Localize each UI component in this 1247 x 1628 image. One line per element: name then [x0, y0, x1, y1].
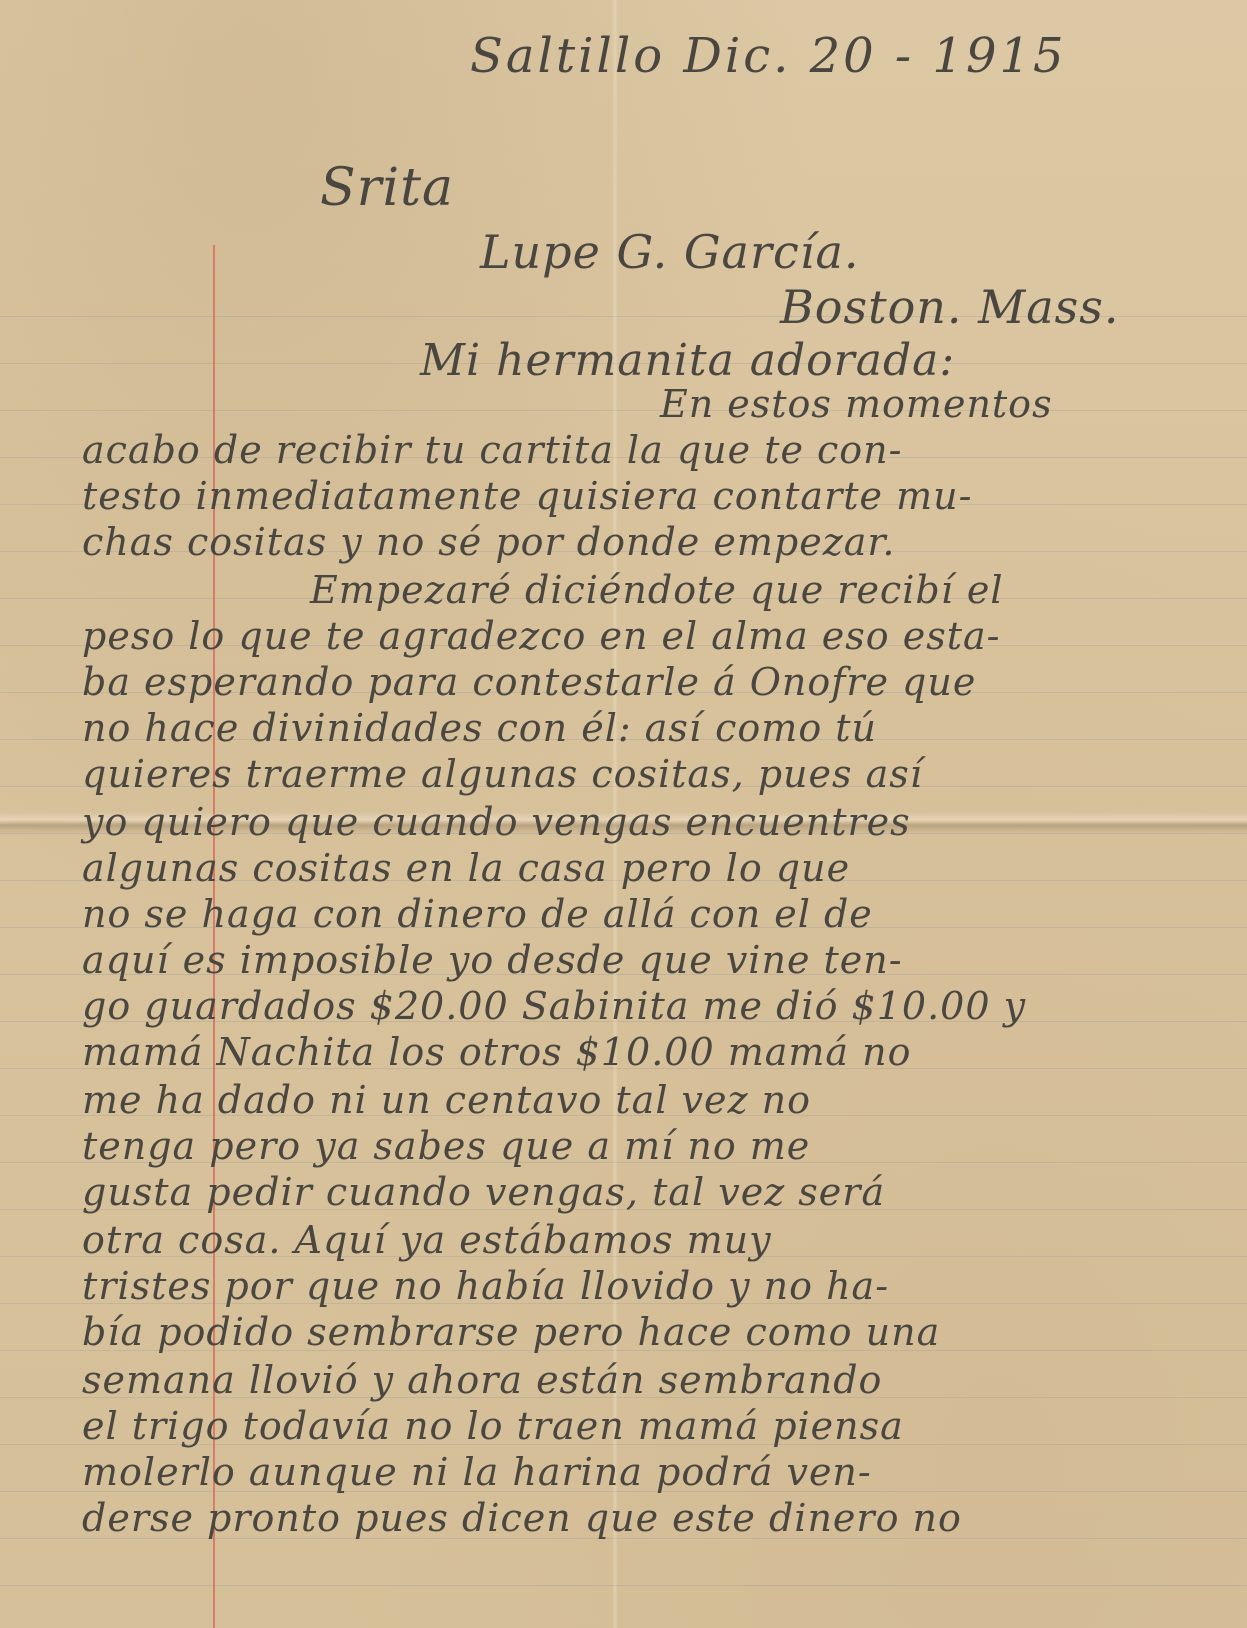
body-line: Empezaré diciéndote que recibí el: [310, 568, 1004, 612]
body-line: no hace divinidades con él: así como tú: [82, 706, 877, 750]
body-line: mamá Nachita los otros $10.00 mamá no: [82, 1030, 912, 1074]
body-line: yo quiero que cuando vengas encuentres: [82, 800, 911, 844]
body-line: no se haga con dinero de allá con el de: [82, 892, 873, 936]
body-line: En estos momentos: [660, 382, 1053, 426]
recipient-city: Boston. Mass.: [780, 280, 1120, 334]
body-line: semana llovió y ahora están sembrando: [82, 1358, 882, 1402]
body-line: ba esperando para contestarle á Onofre q…: [82, 660, 976, 704]
body-line: testo inmediatamente quisiera contarte m…: [82, 474, 972, 518]
recipient-name: Lupe G. García.: [480, 225, 860, 279]
body-line: go guardados $20.00 Sabinita me dió $10.…: [82, 984, 1026, 1028]
greeting: Mi hermanita adorada:: [420, 335, 955, 386]
body-line: tristes por que no había llovido y no ha…: [82, 1264, 889, 1308]
body-line: quieres traerme algunas cositas, pues as…: [82, 752, 923, 796]
body-line: el trigo todavía no lo traen mamá piensa: [82, 1404, 904, 1448]
body-line: otra cosa. Aquí ya estábamos muy: [82, 1218, 772, 1262]
body-line: algunas cositas en la casa pero lo que: [82, 846, 850, 890]
body-line: peso lo que te agradezco en el alma eso …: [82, 614, 1001, 658]
letter-page: Saltillo Dic. 20 - 1915 Srita Lupe G. Ga…: [0, 0, 1247, 1628]
body-line: bía podido sembrarse pero hace como una: [82, 1310, 940, 1354]
body-line: gusta pedir cuando vengas, tal vez será: [82, 1170, 885, 1214]
body-line: derse pronto pues dicen que este dinero …: [82, 1496, 962, 1540]
body-line: chas cositas y no sé por donde empezar.: [82, 520, 895, 564]
body-line: me ha dado ni un centavo tal vez no: [82, 1078, 811, 1122]
body-line: tenga pero ya sabes que a mí no me: [82, 1124, 810, 1168]
letter-date: Saltillo Dic. 20 - 1915: [470, 28, 1067, 84]
recipient-title: Srita: [320, 158, 454, 218]
body-line: molerlo aunque ni la harina podrá ven-: [82, 1450, 872, 1494]
body-line: aquí es imposible yo desde que vine ten-: [82, 938, 903, 982]
body-line: acabo de recibir tu cartita la que te co…: [82, 428, 903, 472]
